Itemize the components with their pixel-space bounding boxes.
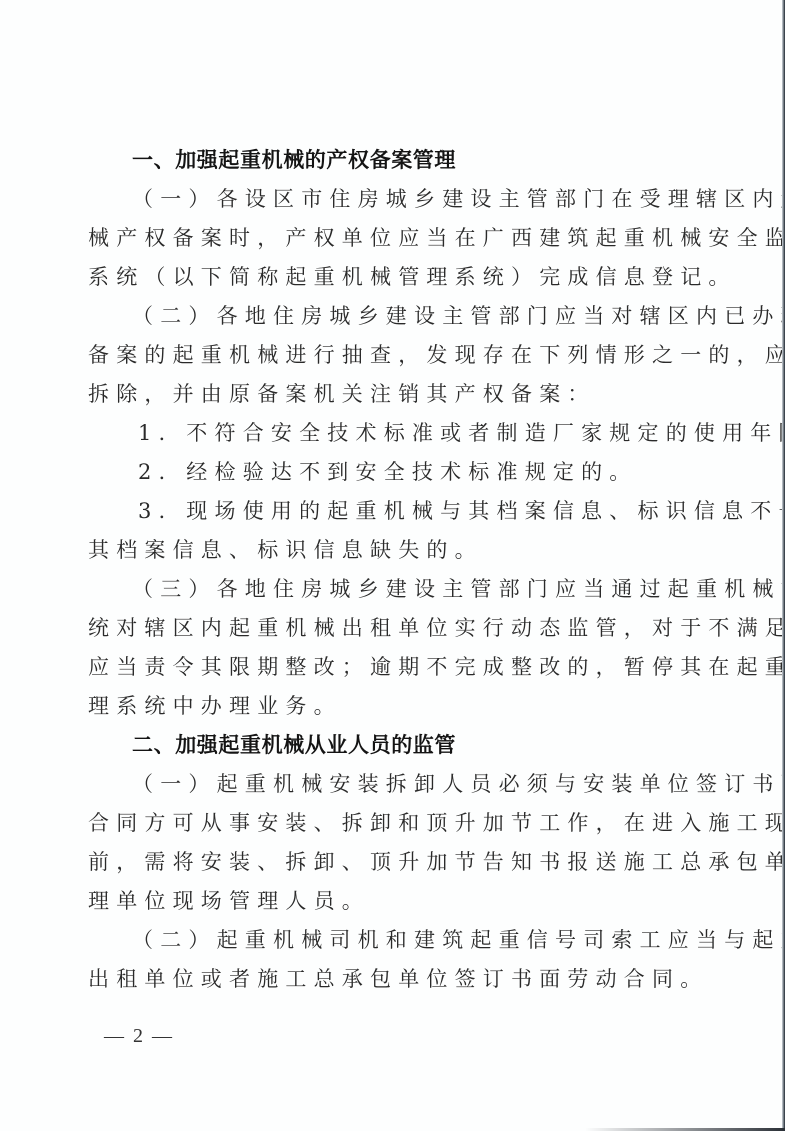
paragraph-1-2-line-3: 拆除，并由原备案机关注销其产权备案： bbox=[88, 375, 692, 414]
paragraph-1-1-line-2: 械产权备案时，产权单位应当在广西建筑起重机械安全监督管理 bbox=[88, 219, 692, 258]
paragraph-2-2-line-1: （二）起重机械司机和建筑起重信号司索工应当与起重机械 bbox=[88, 921, 692, 960]
paragraph-1-3-line-2: 统对辖区内起重机械出租单位实行动态监管，对于不满足要求的 bbox=[88, 609, 692, 648]
document-page: 一、加强起重机械的产权备案管理 （一）各设区市住房城乡建设主管部门在受理辖区内起… bbox=[0, 0, 785, 1131]
paragraph-2-1-line-4: 理单位现场管理人员。 bbox=[88, 882, 692, 921]
section-heading-2: 二、加强起重机械从业人员的监管 bbox=[88, 726, 692, 765]
page-number: — 2 — bbox=[104, 1025, 174, 1048]
paragraph-1-1-line-3: 系统（以下简称起重机械管理系统）完成信息登记。 bbox=[88, 258, 692, 297]
paragraph-1-1-line-1: （一）各设区市住房城乡建设主管部门在受理辖区内起重机 bbox=[88, 180, 692, 219]
list-item-1: 1. 不符合安全技术标准或者制造厂家规定的使用年限的。 bbox=[88, 414, 692, 453]
paragraph-1-3-line-4: 理系统中办理业务。 bbox=[88, 687, 692, 726]
list-item-3-line-1: 3. 现场使用的起重机械与其档案信息、标识信息不一致，或 bbox=[88, 492, 692, 531]
paragraph-2-1-line-3: 前，需将安装、拆卸、顶升加节告知书报送施工总承包单位、监 bbox=[88, 843, 692, 882]
paragraph-2-2-line-2: 出租单位或者施工总承包单位签订书面劳动合同。 bbox=[88, 960, 692, 999]
section-heading-1: 一、加强起重机械的产权备案管理 bbox=[88, 141, 692, 180]
document-body: 一、加强起重机械的产权备案管理 （一）各设区市住房城乡建设主管部门在受理辖区内起… bbox=[88, 141, 692, 999]
paragraph-1-3-line-1: （三）各地住房城乡建设主管部门应当通过起重机械管理系 bbox=[88, 570, 692, 609]
paragraph-1-2-line-2: 备案的起重机械进行抽查，发现存在下列情形之一的，应当责令 bbox=[88, 336, 692, 375]
paragraph-2-1-line-2: 合同方可从事安装、拆卸和顶升加节工作，在进入施工现场作业 bbox=[88, 804, 692, 843]
paragraph-1-2-line-1: （二）各地住房城乡建设主管部门应当对辖区内已办理产权 bbox=[88, 297, 692, 336]
list-item-3-line-2: 其档案信息、标识信息缺失的。 bbox=[88, 531, 692, 570]
paragraph-2-1-line-1: （一）起重机械安装拆卸人员必须与安装单位签订书面劳动 bbox=[88, 765, 692, 804]
paragraph-1-3-line-3: 应当责令其限期整改；逾期不完成整改的，暂停其在起重机械管 bbox=[88, 648, 692, 687]
list-item-2: 2. 经检验达不到安全技术标准规定的。 bbox=[88, 453, 692, 492]
